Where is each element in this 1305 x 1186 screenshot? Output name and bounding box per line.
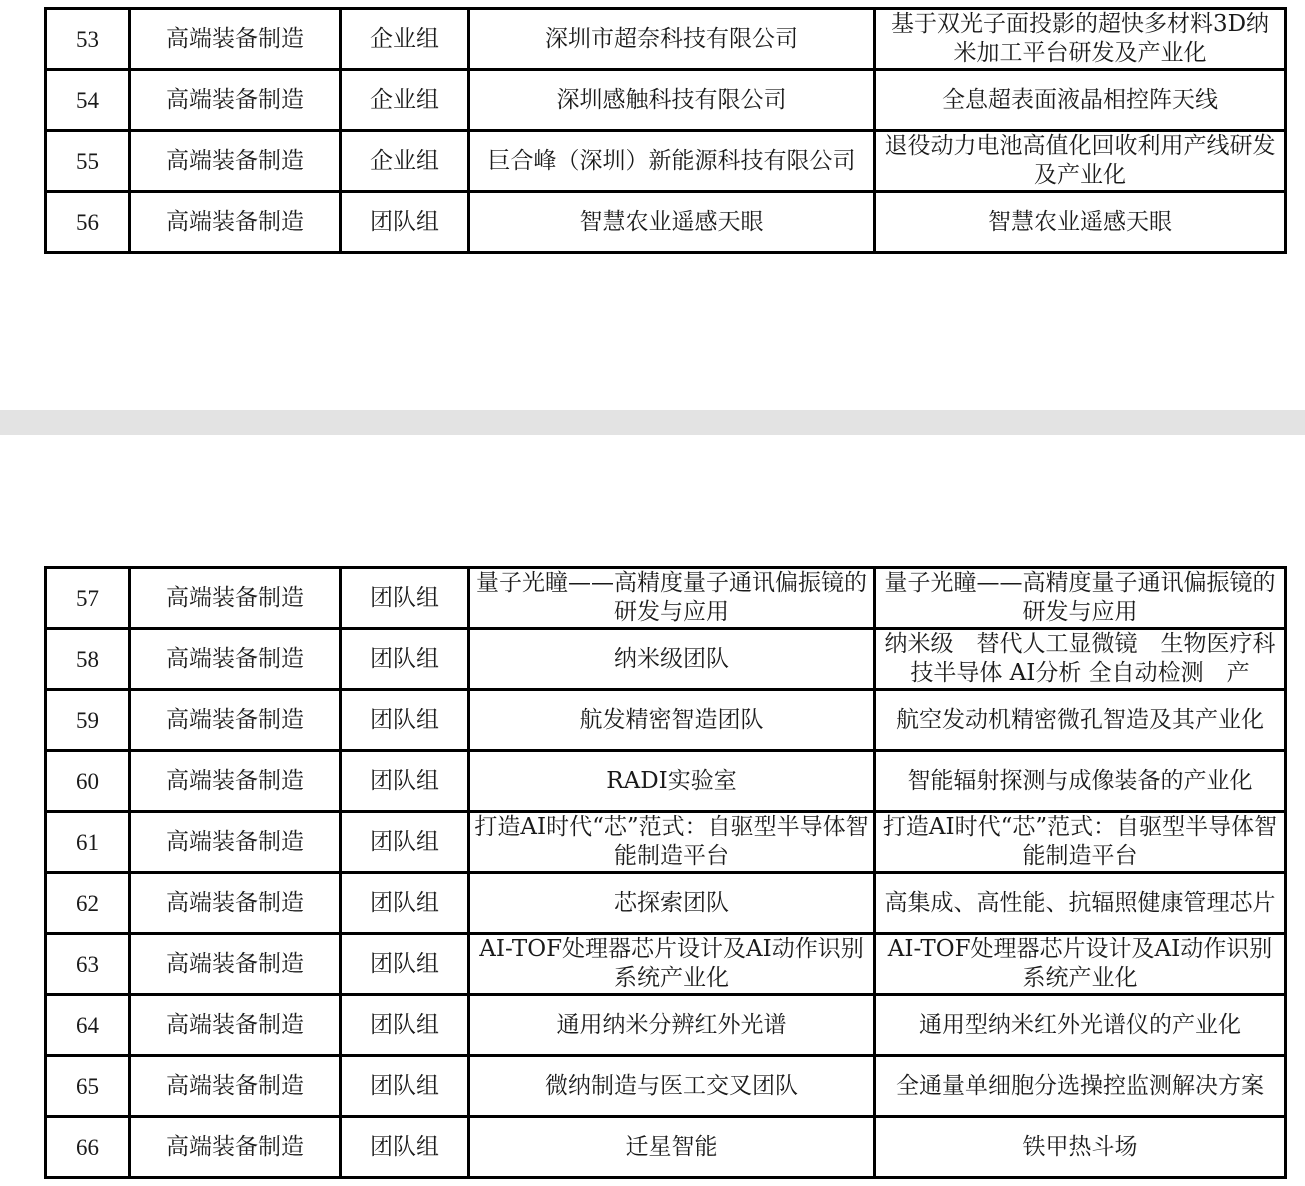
- cell-text-field: 高端装备制造: [135, 950, 335, 979]
- cell-number: 56: [46, 192, 130, 253]
- cell-text-project: AI-TOF处理器芯片设计及AI动作识别系统产业化: [880, 935, 1280, 993]
- cell-text-no: 61: [51, 828, 124, 857]
- cell-text-group: 团队组: [346, 950, 463, 979]
- cell-project-name: 通用型纳米红外光谱仪的产业化: [875, 995, 1286, 1056]
- cell-field: 高端装备制造: [130, 629, 341, 690]
- cell-group: 团队组: [341, 934, 469, 995]
- cell-project-name: 退役动力电池高值化回收利用产线研发及产业化: [875, 131, 1286, 192]
- cell-text-project: 纳米级 替代人工显微镜 生物医疗科技半导体 AI分析 全自动检测 产: [880, 630, 1280, 688]
- document-page-1: 53 高端装备制造 企业组 深圳市超奈科技有限公司 基于双光子面投影的超快多材料…: [0, 0, 1305, 410]
- cell-entity-name: 迁星智能: [469, 1117, 875, 1178]
- cell-field: 高端装备制造: [130, 70, 341, 131]
- cell-field: 高端装备制造: [130, 995, 341, 1056]
- cell-group: 团队组: [341, 995, 469, 1056]
- cell-text-no: 53: [51, 25, 124, 54]
- cell-text-no: 64: [51, 1011, 124, 1040]
- cell-number: 62: [46, 873, 130, 934]
- cell-entity-name: 芯探索团队: [469, 873, 875, 934]
- cell-text-project: 基于双光子面投影的超快多材料3D纳米加工平台研发及产业化: [880, 10, 1280, 68]
- cell-text-no: 62: [51, 889, 124, 918]
- cell-project-name: 智慧农业遥感天眼: [875, 192, 1286, 253]
- cell-text-name: 芯探索团队: [474, 889, 869, 918]
- cell-text-group: 团队组: [346, 208, 463, 237]
- cell-number: 60: [46, 751, 130, 812]
- cell-group: 团队组: [341, 751, 469, 812]
- cell-field: 高端装备制造: [130, 1117, 341, 1178]
- table-row: 58 高端装备制造 团队组 纳米级团队 纳米级 替代人工显微镜 生物医疗科技半导…: [46, 629, 1286, 690]
- cell-entity-name: 深圳感触科技有限公司: [469, 70, 875, 131]
- cell-number: 63: [46, 934, 130, 995]
- table-row: 59 高端装备制造 团队组 航发精密智造团队 航空发动机精密微孔智造及其产业化: [46, 690, 1286, 751]
- cell-project-name: 航空发动机精密微孔智造及其产业化: [875, 690, 1286, 751]
- cell-number: 66: [46, 1117, 130, 1178]
- cell-entity-name: 纳米级团队: [469, 629, 875, 690]
- table-row: 61 高端装备制造 团队组 打造AI时代“芯”范式：自驱型半导体智能制造平台 打…: [46, 812, 1286, 873]
- cell-text-group: 团队组: [346, 584, 463, 613]
- cell-text-no: 66: [51, 1133, 124, 1162]
- cell-project-name: 铁甲热斗场: [875, 1117, 1286, 1178]
- cell-text-group: 企业组: [346, 25, 463, 54]
- cell-field: 高端装备制造: [130, 751, 341, 812]
- cell-entity-name: 微纳制造与医工交叉团队: [469, 1056, 875, 1117]
- cell-text-project: 打造AI时代“芯”范式：自驱型半导体智能制造平台: [880, 813, 1280, 871]
- cell-text-name: AI-TOF处理器芯片设计及AI动作识别系统产业化: [474, 935, 869, 993]
- cell-text-field: 高端装备制造: [135, 1133, 335, 1162]
- cell-project-name: 高集成、高性能、抗辐照健康管理芯片: [875, 873, 1286, 934]
- cell-group: 企业组: [341, 131, 469, 192]
- cell-number: 61: [46, 812, 130, 873]
- cell-field: 高端装备制造: [130, 568, 341, 629]
- cell-project-name: 全通量单细胞分选操控监测解决方案: [875, 1056, 1286, 1117]
- cell-text-field: 高端装备制造: [135, 767, 335, 796]
- cell-project-name: 基于双光子面投影的超快多材料3D纳米加工平台研发及产业化: [875, 9, 1286, 70]
- cell-entity-name: 航发精密智造团队: [469, 690, 875, 751]
- cell-text-name: 智慧农业遥感天眼: [474, 208, 869, 237]
- cell-entity-name: 量子光瞳——高精度量子通讯偏振镜的研发与应用: [469, 568, 875, 629]
- cell-entity-name: 巨合峰（深圳）新能源科技有限公司: [469, 131, 875, 192]
- page-separator: [0, 410, 1305, 435]
- cell-project-name: 纳米级 替代人工显微镜 生物医疗科技半导体 AI分析 全自动检测 产: [875, 629, 1286, 690]
- cell-text-no: 65: [51, 1072, 124, 1101]
- table-row: 60 高端装备制造 团队组 RADI实验室 智能辐射探测与成像装备的产业化: [46, 751, 1286, 812]
- cell-text-field: 高端装备制造: [135, 1011, 335, 1040]
- cell-text-name: 深圳市超奈科技有限公司: [474, 25, 869, 54]
- cell-text-no: 60: [51, 767, 124, 796]
- cell-text-project: 智慧农业遥感天眼: [880, 208, 1280, 237]
- cell-group: 企业组: [341, 9, 469, 70]
- cell-text-group: 团队组: [346, 828, 463, 857]
- cell-number: 54: [46, 70, 130, 131]
- cell-text-name: 通用纳米分辨红外光谱: [474, 1011, 869, 1040]
- cell-text-field: 高端装备制造: [135, 645, 335, 674]
- cell-text-project: 全息超表面液晶相控阵天线: [880, 86, 1280, 115]
- cell-text-group: 团队组: [346, 889, 463, 918]
- table-body: 53 高端装备制造 企业组 深圳市超奈科技有限公司 基于双光子面投影的超快多材料…: [46, 9, 1286, 253]
- table-row: 62 高端装备制造 团队组 芯探索团队 高集成、高性能、抗辐照健康管理芯片: [46, 873, 1286, 934]
- cell-field: 高端装备制造: [130, 131, 341, 192]
- cell-text-project: 退役动力电池高值化回收利用产线研发及产业化: [880, 132, 1280, 190]
- cell-group: 团队组: [341, 812, 469, 873]
- cell-text-project: 量子光瞳——高精度量子通讯偏振镜的研发与应用: [880, 569, 1280, 627]
- table-row: 53 高端装备制造 企业组 深圳市超奈科技有限公司 基于双光子面投影的超快多材料…: [46, 9, 1286, 70]
- cell-group: 企业组: [341, 70, 469, 131]
- cell-text-no: 56: [51, 208, 124, 237]
- cell-project-name: 全息超表面液晶相控阵天线: [875, 70, 1286, 131]
- cell-text-group: 企业组: [346, 147, 463, 176]
- cell-text-group: 团队组: [346, 645, 463, 674]
- cell-field: 高端装备制造: [130, 873, 341, 934]
- cell-group: 团队组: [341, 192, 469, 253]
- cell-text-no: 63: [51, 950, 124, 979]
- results-table-page-1: 53 高端装备制造 企业组 深圳市超奈科技有限公司 基于双光子面投影的超快多材料…: [44, 7, 1287, 254]
- cell-text-group: 团队组: [346, 1011, 463, 1040]
- cell-text-project: 高集成、高性能、抗辐照健康管理芯片: [880, 889, 1280, 918]
- cell-group: 团队组: [341, 1056, 469, 1117]
- cell-text-name: RADI实验室: [474, 767, 869, 796]
- cell-text-group: 团队组: [346, 706, 463, 735]
- cell-text-group: 团队组: [346, 1072, 463, 1101]
- cell-text-name: 微纳制造与医工交叉团队: [474, 1072, 869, 1101]
- cell-text-name: 航发精密智造团队: [474, 706, 869, 735]
- cell-text-project: 通用型纳米红外光谱仪的产业化: [880, 1011, 1280, 1040]
- cell-field: 高端装备制造: [130, 934, 341, 995]
- document-page-2: 57 高端装备制造 团队组 量子光瞳——高精度量子通讯偏振镜的研发与应用 量子光…: [0, 435, 1305, 1186]
- cell-text-project: 铁甲热斗场: [880, 1133, 1280, 1162]
- cell-text-field: 高端装备制造: [135, 889, 335, 918]
- cell-text-no: 59: [51, 706, 124, 735]
- cell-entity-name: 智慧农业遥感天眼: [469, 192, 875, 253]
- table-row: 63 高端装备制造 团队组 AI-TOF处理器芯片设计及AI动作识别系统产业化 …: [46, 934, 1286, 995]
- cell-project-name: 量子光瞳——高精度量子通讯偏振镜的研发与应用: [875, 568, 1286, 629]
- cell-text-name: 迁星智能: [474, 1133, 869, 1162]
- table-row: 65 高端装备制造 团队组 微纳制造与医工交叉团队 全通量单细胞分选操控监测解决…: [46, 1056, 1286, 1117]
- cell-group: 团队组: [341, 873, 469, 934]
- cell-text-field: 高端装备制造: [135, 25, 335, 54]
- cell-entity-name: RADI实验室: [469, 751, 875, 812]
- cell-entity-name: AI-TOF处理器芯片设计及AI动作识别系统产业化: [469, 934, 875, 995]
- cell-text-name: 深圳感触科技有限公司: [474, 86, 869, 115]
- cell-number: 55: [46, 131, 130, 192]
- table-body: 57 高端装备制造 团队组 量子光瞳——高精度量子通讯偏振镜的研发与应用 量子光…: [46, 568, 1286, 1178]
- cell-field: 高端装备制造: [130, 192, 341, 253]
- cell-group: 团队组: [341, 568, 469, 629]
- cell-project-name: 打造AI时代“芯”范式：自驱型半导体智能制造平台: [875, 812, 1286, 873]
- table-row: 55 高端装备制造 企业组 巨合峰（深圳）新能源科技有限公司 退役动力电池高值化…: [46, 131, 1286, 192]
- cell-text-project: 航空发动机精密微孔智造及其产业化: [880, 706, 1280, 735]
- cell-text-project: 智能辐射探测与成像装备的产业化: [880, 767, 1280, 796]
- cell-text-group: 团队组: [346, 767, 463, 796]
- table-row: 54 高端装备制造 企业组 深圳感触科技有限公司 全息超表面液晶相控阵天线: [46, 70, 1286, 131]
- cell-text-field: 高端装备制造: [135, 1072, 335, 1101]
- cell-entity-name: 打造AI时代“芯”范式：自驱型半导体智能制造平台: [469, 812, 875, 873]
- table-row: 66 高端装备制造 团队组 迁星智能 铁甲热斗场: [46, 1117, 1286, 1178]
- table-row: 56 高端装备制造 团队组 智慧农业遥感天眼 智慧农业遥感天眼: [46, 192, 1286, 253]
- cell-field: 高端装备制造: [130, 690, 341, 751]
- cell-number: 57: [46, 568, 130, 629]
- cell-text-field: 高端装备制造: [135, 208, 335, 237]
- cell-text-name: 纳米级团队: [474, 645, 869, 674]
- cell-group: 团队组: [341, 1117, 469, 1178]
- cell-number: 65: [46, 1056, 130, 1117]
- cell-text-no: 54: [51, 86, 124, 115]
- table-row: 57 高端装备制造 团队组 量子光瞳——高精度量子通讯偏振镜的研发与应用 量子光…: [46, 568, 1286, 629]
- cell-text-no: 57: [51, 584, 124, 613]
- cell-field: 高端装备制造: [130, 812, 341, 873]
- cell-field: 高端装备制造: [130, 9, 341, 70]
- cell-text-name: 巨合峰（深圳）新能源科技有限公司: [474, 147, 869, 176]
- cell-text-project: 全通量单细胞分选操控监测解决方案: [880, 1072, 1280, 1101]
- cell-entity-name: 通用纳米分辨红外光谱: [469, 995, 875, 1056]
- cell-text-field: 高端装备制造: [135, 828, 335, 857]
- results-table-page-2: 57 高端装备制造 团队组 量子光瞳——高精度量子通讯偏振镜的研发与应用 量子光…: [44, 566, 1287, 1179]
- cell-text-field: 高端装备制造: [135, 584, 335, 613]
- cell-project-name: AI-TOF处理器芯片设计及AI动作识别系统产业化: [875, 934, 1286, 995]
- cell-entity-name: 深圳市超奈科技有限公司: [469, 9, 875, 70]
- cell-text-field: 高端装备制造: [135, 86, 335, 115]
- cell-group: 团队组: [341, 629, 469, 690]
- cell-project-name: 智能辐射探测与成像装备的产业化: [875, 751, 1286, 812]
- cell-number: 53: [46, 9, 130, 70]
- table-row: 64 高端装备制造 团队组 通用纳米分辨红外光谱 通用型纳米红外光谱仪的产业化: [46, 995, 1286, 1056]
- cell-group: 团队组: [341, 690, 469, 751]
- cell-number: 59: [46, 690, 130, 751]
- cell-text-group: 团队组: [346, 1133, 463, 1162]
- cell-text-no: 55: [51, 147, 124, 176]
- cell-text-group: 企业组: [346, 86, 463, 115]
- cell-text-field: 高端装备制造: [135, 706, 335, 735]
- cell-number: 58: [46, 629, 130, 690]
- cell-field: 高端装备制造: [130, 1056, 341, 1117]
- cell-text-name: 打造AI时代“芯”范式：自驱型半导体智能制造平台: [474, 813, 869, 871]
- cell-text-name: 量子光瞳——高精度量子通讯偏振镜的研发与应用: [474, 569, 869, 627]
- cell-number: 64: [46, 995, 130, 1056]
- cell-text-field: 高端装备制造: [135, 147, 335, 176]
- cell-text-no: 58: [51, 645, 124, 674]
